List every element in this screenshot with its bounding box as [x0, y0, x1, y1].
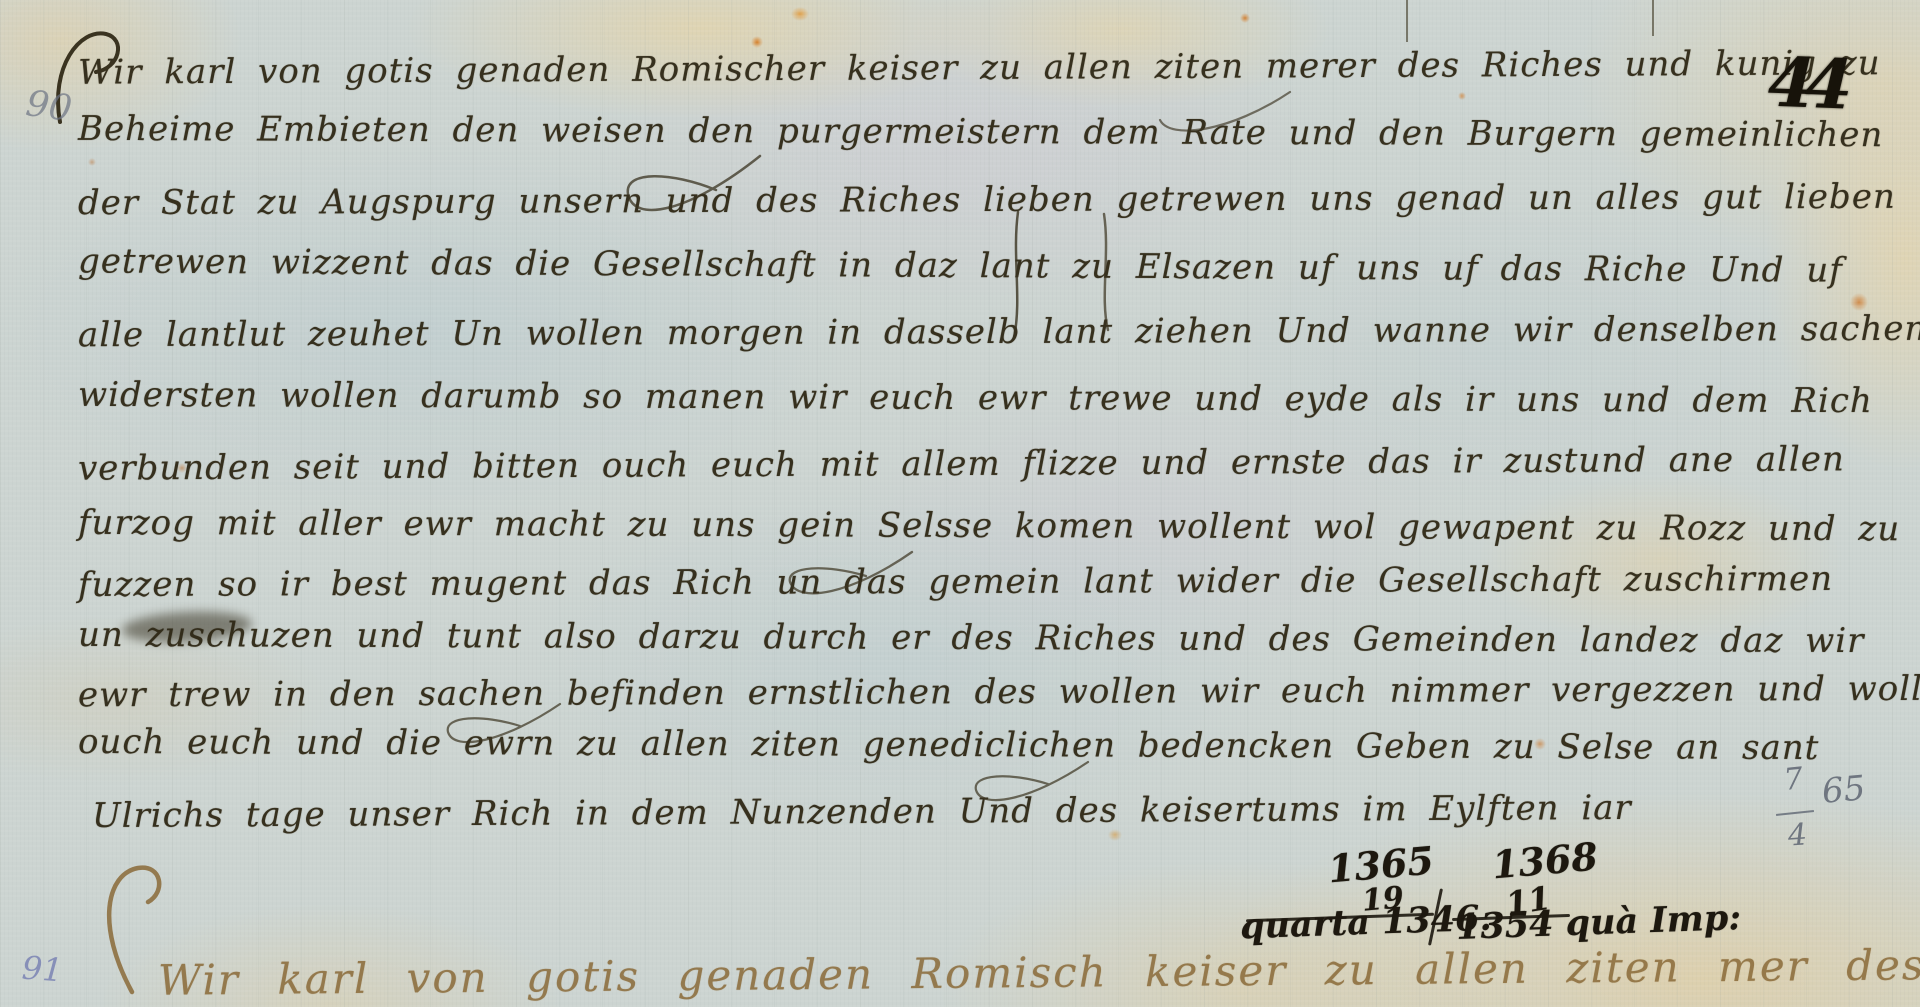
ink-flourish: [1008, 212, 1032, 342]
annotation-bottom-right: 1354 quà Imp:: [1455, 897, 1741, 948]
text-line-8: furzog mit aller ewr macht zu uns gein S…: [78, 503, 1900, 549]
text-line-11: ewr trew in den sachen befinden ernstlic…: [78, 669, 1920, 716]
folio-number: 44: [1767, 43, 1844, 126]
pencil-fraction-bar: [1776, 810, 1814, 816]
text-line-2: Beheime Embieten den weisen den purgerme…: [78, 109, 1883, 155]
pencil-fraction-denominator: 4: [1787, 817, 1808, 853]
annotation-bottom-left: quarta 1346.: [1239, 898, 1492, 948]
ink-flourish: [782, 548, 922, 608]
ink-flourish: [1150, 84, 1300, 144]
margin-number-bottom: 91: [21, 949, 64, 990]
text-line-9: fuzzen so ir best mugent das Rich un das…: [78, 559, 1833, 605]
text-line-3: der Stat zu Augspurg unsern und des Rich…: [78, 177, 1896, 223]
next-entry-line: Wir karl von gotis genaden Romisch keise…: [158, 940, 1920, 1004]
manuscript-page: Wir karl von gotis genaden Romischer kei…: [0, 0, 1920, 1007]
ink-flourish: [968, 758, 1098, 814]
stray-ink-stroke: [1406, 0, 1408, 42]
ink-flourish: [440, 700, 570, 756]
text-line-10: un zuschuzen und tunt also darzu durch e…: [78, 615, 1865, 661]
text-line-1: Wir karl von gotis genaden Romischer kei…: [78, 43, 1881, 92]
text-line-4: getrewen wizzent das die Gesellschaft in…: [78, 241, 1843, 290]
pencil-fraction-numerator: 7: [1782, 761, 1805, 798]
text-line-12: ouch euch und die ewrn zu allen ziten ge…: [78, 722, 1820, 768]
margin-number-top: 90: [23, 83, 74, 130]
ink-flourish: [1096, 214, 1120, 334]
text-line-5: alle lantlut zeuhet Un wollen morgen in …: [78, 309, 1920, 355]
stray-ink-stroke: [1652, 0, 1654, 36]
pencil-number: 65: [1820, 768, 1867, 812]
text-line-13: Ulrichs tage unser Rich in dem Nunzenden…: [92, 788, 1632, 836]
ink-flourish: [620, 150, 770, 230]
text-line-6: widersten wollen darumb so manen wir euc…: [78, 375, 1873, 421]
text-line-7: verbunden seit und bitten ouch euch mit …: [78, 439, 1845, 488]
